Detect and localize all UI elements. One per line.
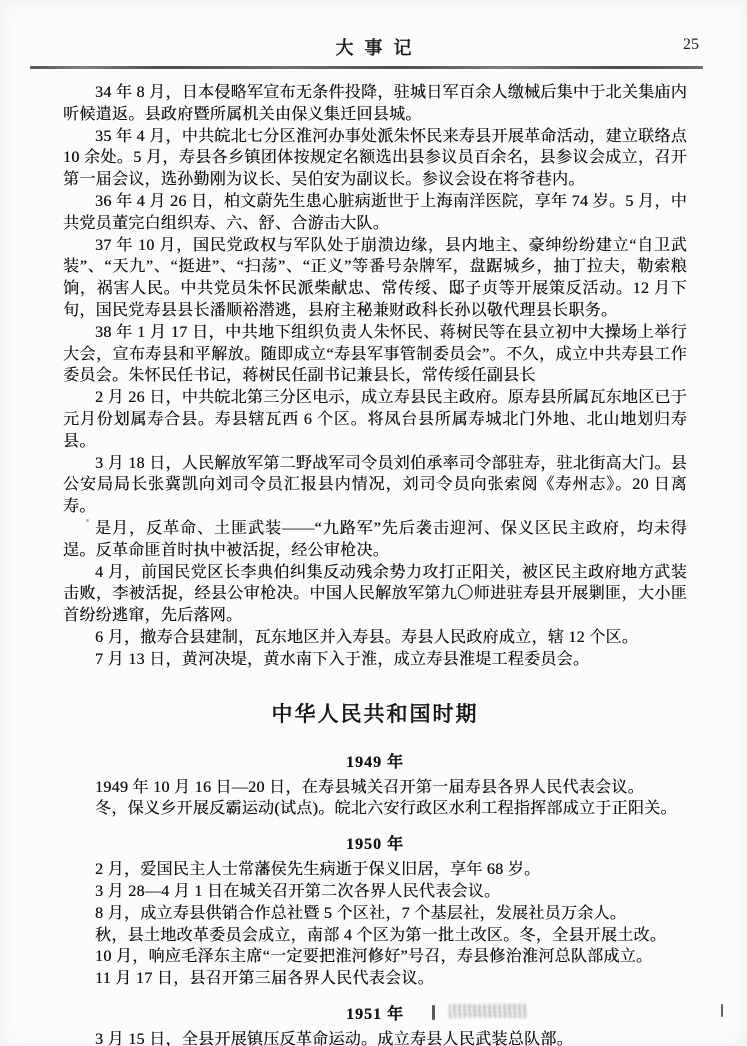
event-paragraph: 35 年 4 月，中共皖北七分区淮河办事处派朱怀民来寿县开展革命活动，建立联络点…	[63, 126, 687, 191]
page-header: 大事记 25	[0, 0, 747, 66]
year-group-1951: 1951 年 3 月 15 日，全县开展镇压反革命运动。成立寿县人民武装总队部。	[63, 1001, 687, 1046]
event-paragraph: 2 月，爱国民主人士常藩侯先生病逝于保义旧居，享年 68 岁。	[63, 859, 687, 881]
event-paragraph: 7 月 13 日，黄河决堤，黄水南下入于淮，成立寿县淮堤工程委员会。	[63, 649, 687, 671]
section-title: 中华人民共和国时期	[63, 698, 687, 728]
page-number: 25	[683, 36, 699, 54]
page-body: 34 年 8 月，日本侵略军宣布无条件投降，驻城日军百余人缴械后集中于北关集庙内…	[0, 69, 747, 1046]
year-group-1950: 1950 年 2 月，爱国民主人士常藩侯先生病逝于保义旧居，享年 68 岁。 3…	[63, 831, 687, 990]
year-group-1949: 1949 年 1949 年 10 月 16 日—20 日，在寿县城关召开第一届寿…	[63, 749, 687, 821]
event-paragraph: 2 月 26 日，中共皖北第三分区电示，成立寿县民主政府。原寿县所属瓦东地区已于…	[63, 387, 687, 452]
event-paragraph: 3 月 15 日，全县开展镇压反革命运动。成立寿县人民武装总队部。	[63, 1029, 687, 1046]
event-paragraph: 34 年 8 月，日本侵略军宣布无条件投降，驻城日军百余人缴械后集中于北关集庙内…	[63, 82, 687, 126]
event-paragraph: 冬，保义乡开展反霸运动(试点)。皖北六安行政区水利工程指挥部成立于正阳关。	[63, 798, 687, 820]
event-paragraph: 8 月，成立寿县供销合作总社暨 5 个区社，7 个基层社，发展社员万余人。	[63, 903, 687, 925]
event-paragraph: 10 月，响应毛泽东主席“一定要把淮河修好”号召，寿县修治淮河总队部成立。	[63, 946, 687, 968]
event-paragraph: 秋，县土地改革委员会成立，南部 4 个区为第一批土改区。冬，全县开展土改。	[63, 925, 687, 947]
event-paragraph: 3 月 18 日，人民解放军第二野战军司令员刘伯承率司令部驻寿，驻北街高大门。县…	[63, 453, 687, 518]
event-paragraph: 4 月，前国民党区长李典伯纠集反动残余势力攻打正阳关，被区民主政府地方武装击败，…	[63, 562, 687, 627]
year-heading-1951: 1951 年	[63, 1001, 687, 1024]
event-paragraph: 36 年 4 月 26 日，柏文蔚先生患心脏病逝世于上海南洋医院，享年 74 岁…	[63, 191, 687, 235]
year-heading-1950: 1950 年	[63, 831, 687, 854]
event-paragraph: 38 年 1 月 17 日，中共地下组织负责人朱怀民、蒋树民等在县立初中大操场上…	[63, 322, 687, 387]
event-paragraph: 37 年 10 月，国民党政权与军队处于崩溃边缘，县内地主、豪绅纷纷建立“自卫武…	[63, 235, 687, 322]
event-paragraph: 是月，反革命、土匪武装——“九路军”先后袭击迎河、保义区民主政府，均未得逞。反革…	[63, 518, 687, 562]
scanned-page: 大事记 25 34 年 8 月，日本侵略军宣布无条件投降，驻城日军百余人缴械后集…	[0, 0, 747, 1046]
year-heading-1949: 1949 年	[63, 749, 687, 772]
event-paragraph: 3 月 28—4 月 1 日在城关召开第二次各界人民代表会议。	[63, 881, 687, 903]
republic-era-events: 34 年 8 月，日本侵略军宣布无条件投降，驻城日军百余人缴械后集中于北关集庙内…	[63, 82, 687, 671]
page-title: 大事记	[0, 34, 747, 60]
header-divider	[30, 66, 703, 69]
event-paragraph: 1949 年 10 月 16 日—20 日，在寿县城关召开第一届寿县各界人民代表…	[63, 777, 687, 799]
event-paragraph: 6 月，撤寿合县建制，瓦东地区并入寿县。寿县人民政府成立，辖 12 个区。	[63, 627, 687, 649]
event-paragraph: 11 月 17 日，县召开第三届各界人民代表会议。	[63, 968, 687, 990]
